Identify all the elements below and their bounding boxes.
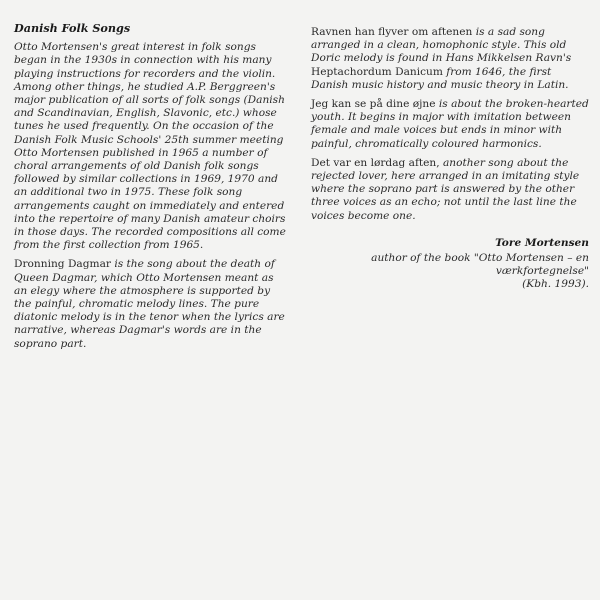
work-title: Heptachordum Danicum xyxy=(311,66,443,78)
song-description: is the song about the death of Queen Dag… xyxy=(14,258,285,349)
author-name: Tore Mortensen xyxy=(311,237,589,250)
section-heading: Danish Folk Songs xyxy=(14,22,286,35)
dronning-dagmar-paragraph: Dronning Dagmar is the song about the de… xyxy=(14,258,286,350)
right-column: Ravnen han flyver om aftenen is a sad so… xyxy=(311,26,589,292)
author-credit: author of the book "Otto Mortensen – en … xyxy=(311,252,589,278)
intro-paragraph: Otto Mortensen's great interest in folk … xyxy=(14,41,286,252)
signature-block: Tore Mortensen author of the book "Otto … xyxy=(311,237,589,292)
det-var-paragraph: Det var en lørdag aften, another song ab… xyxy=(311,157,589,223)
song-title: Dronning Dagmar xyxy=(14,258,111,270)
song-title: Det var en lørdag aften, xyxy=(311,157,440,169)
song-title: Ravnen han flyver om aftenen xyxy=(311,26,472,38)
jeg-kan-se-paragraph: Jeg kan se på dine øjne is about the bro… xyxy=(311,98,589,151)
song-title: Jeg kan se på dine øjne xyxy=(311,98,436,110)
left-column: Danish Folk Songs Otto Mortensen's great… xyxy=(14,22,286,357)
ravnen-paragraph: Ravnen han flyver om aftenen is a sad so… xyxy=(311,26,589,92)
author-credit-year: (Kbh. 1993). xyxy=(311,278,589,291)
